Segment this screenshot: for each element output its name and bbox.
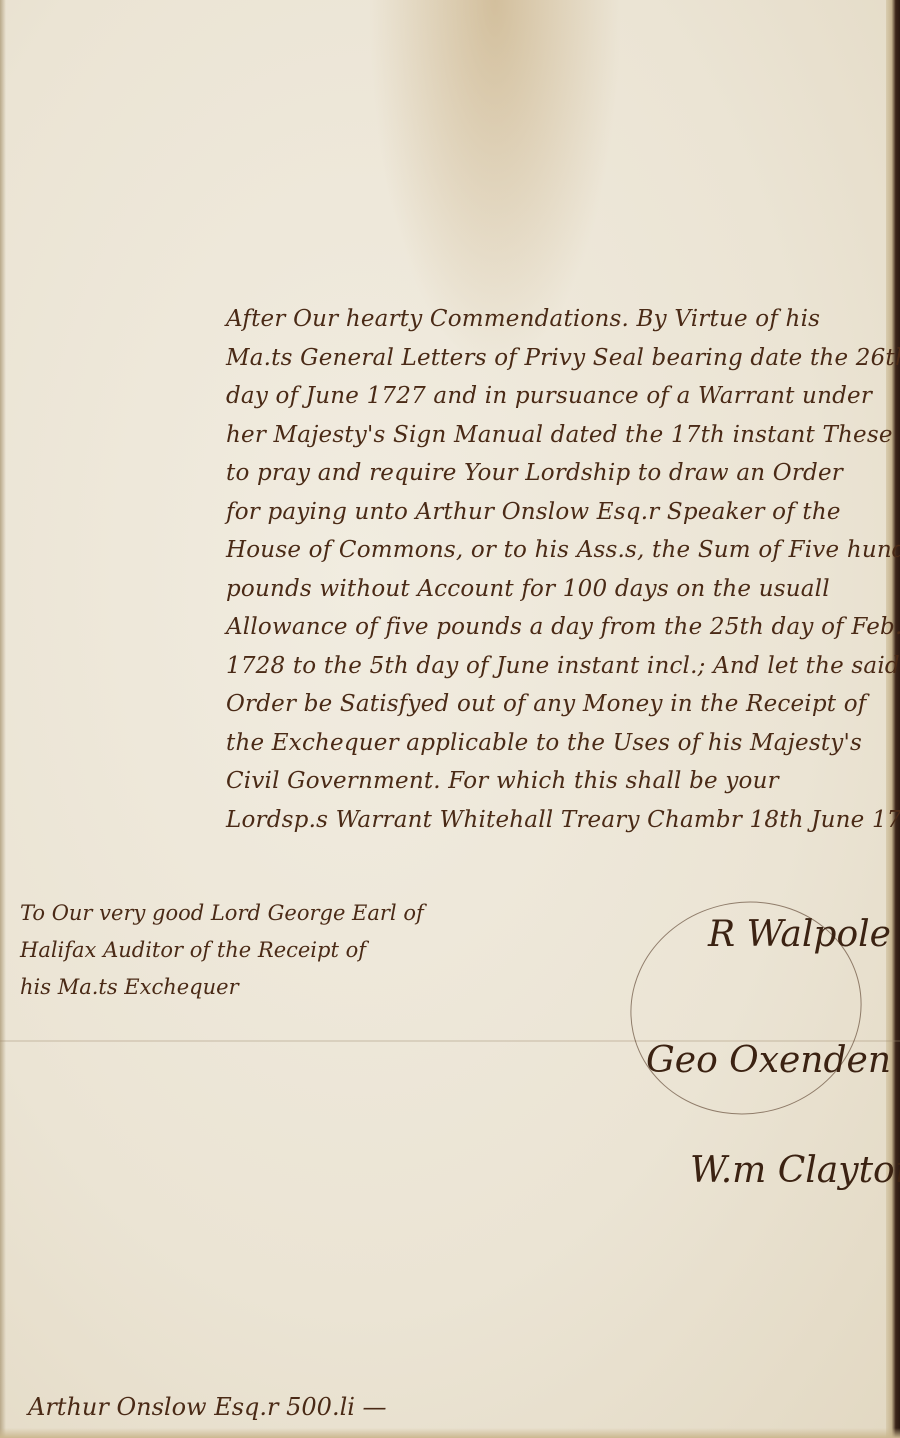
body-line: day of June 1727 and in pursuance of a W… bbox=[226, 377, 886, 416]
page-bottom-edge bbox=[0, 1428, 900, 1438]
signature-clayton: W.m Clayton bbox=[690, 1150, 900, 1191]
body-line: pounds without Account for 100 days on t… bbox=[226, 570, 886, 609]
addressee-block: To Our very good Lord George Earl of Hal… bbox=[20, 895, 460, 1006]
body-line: Lordsp.s Warrant Whitehall Treary Chambr… bbox=[226, 801, 886, 840]
body-line: 1728 to the 5th day of June instant incl… bbox=[226, 647, 886, 686]
body-line: House of Commons, or to his Ass.s, the S… bbox=[226, 531, 886, 570]
body-line: the Exchequer applicable to the Uses of … bbox=[226, 724, 886, 763]
body-line: her Majesty's Sign Manual dated the 17th… bbox=[226, 416, 886, 455]
page-left-edge bbox=[0, 0, 6, 1438]
endorsement-note: Arthur Onslow Esq.r 500.li — bbox=[28, 1393, 387, 1421]
body-line: Civil Government. For which this shall b… bbox=[226, 762, 886, 801]
body-line: to pray and require Your Lordship to dra… bbox=[226, 454, 886, 493]
body-line: for paying unto Arthur Onslow Esq.r Spea… bbox=[226, 493, 886, 532]
signature-oxenden: Geo Oxenden bbox=[646, 1040, 891, 1081]
page-binding-edge bbox=[886, 0, 900, 1438]
body-line: Order be Satisfyed out of any Money in t… bbox=[226, 685, 886, 724]
body-line: Allowance of five pounds a day from the … bbox=[226, 608, 886, 647]
address-line: To Our very good Lord George Earl of bbox=[20, 895, 460, 932]
body-line: After Our hearty Commendations. By Virtu… bbox=[226, 300, 886, 339]
address-line: his Ma.ts Exchequer bbox=[20, 969, 460, 1006]
manuscript-page: After Our hearty Commendations. By Virtu… bbox=[0, 0, 900, 1438]
body-line: Ma.ts General Letters of Privy Seal bear… bbox=[226, 339, 886, 378]
signature-walpole: R Walpole bbox=[708, 914, 891, 955]
warrant-body: After Our hearty Commendations. By Virtu… bbox=[226, 300, 886, 839]
signature-block: R Walpole Geo Oxenden W.m Clayton bbox=[620, 890, 890, 1220]
address-line: Halifax Auditor of the Receipt of bbox=[20, 932, 460, 969]
